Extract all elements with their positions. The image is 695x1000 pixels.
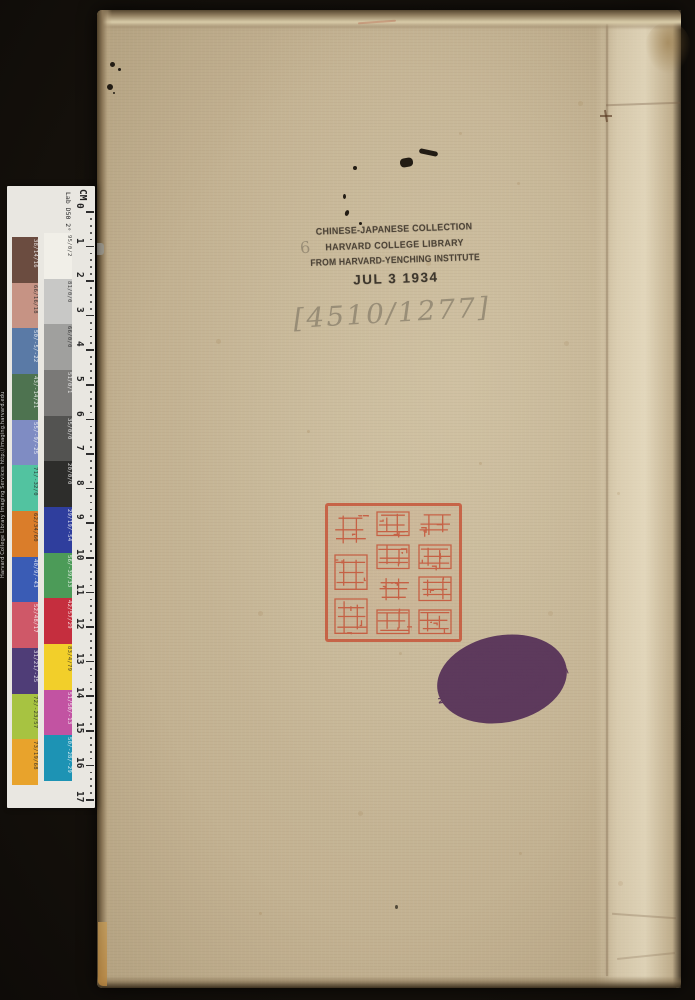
ruler-minor-tick bbox=[90, 460, 92, 462]
ruler-number: 17 bbox=[74, 791, 85, 802]
scan-background: CHINESE-JAPANESE COLLECTION HARVARD COLL… bbox=[0, 0, 695, 1000]
seal-character bbox=[416, 509, 454, 539]
ruler-minor-tick bbox=[90, 716, 92, 718]
seal-character bbox=[416, 542, 454, 572]
cover-texture bbox=[97, 10, 681, 988]
ruler-number: 5 bbox=[74, 376, 85, 382]
lab-header: Lab D50 2° bbox=[64, 192, 72, 231]
ruler-minor-tick bbox=[90, 439, 92, 441]
color-patch: 56/-39/33 bbox=[44, 553, 72, 599]
ruler-number: 4 bbox=[74, 341, 85, 347]
ruler-minor-tick bbox=[90, 322, 92, 324]
ruler-minor-tick bbox=[90, 515, 92, 517]
ruler-tick bbox=[86, 522, 94, 524]
color-patch: 51/0/1 bbox=[44, 370, 72, 416]
ruler-minor-tick bbox=[90, 633, 92, 635]
patch-lab-value: 38/14/16 bbox=[32, 239, 38, 283]
ruler-minor-tick bbox=[90, 495, 92, 497]
ruler-minor-tick bbox=[90, 737, 92, 739]
ruler-minor-tick bbox=[90, 481, 92, 483]
color-patch-column-1: 38/14/1666/16/1850/-5/-2243/-14/2155/-9/… bbox=[12, 237, 38, 785]
ruler-tick bbox=[86, 799, 94, 801]
patch-lab-value: 20/0/0 bbox=[66, 463, 72, 507]
patch-lab-value: 71/-32/0 bbox=[32, 467, 38, 511]
ruler-tick bbox=[86, 246, 94, 248]
ruler-minor-tick bbox=[90, 709, 92, 711]
ruler-minor-tick bbox=[90, 778, 92, 780]
ruler-number: 10 bbox=[74, 549, 85, 560]
patch-lab-value: 40/9/-43 bbox=[32, 559, 38, 603]
ink-spot bbox=[113, 92, 115, 94]
ruler-number: 15 bbox=[74, 722, 85, 733]
patch-lab-value: 66/0/0 bbox=[66, 326, 72, 370]
ruler-minor-tick bbox=[90, 543, 92, 545]
ruler-minor-tick bbox=[90, 605, 92, 607]
ink-spot bbox=[343, 194, 346, 199]
ruler-minor-tick bbox=[90, 398, 92, 400]
color-patch: 95/0/2 bbox=[44, 233, 72, 279]
ruler-minor-tick bbox=[90, 599, 92, 601]
ruler-number: 3 bbox=[74, 307, 85, 313]
ruler-tick bbox=[86, 626, 94, 628]
patch-lab-value: 51/50/-13 bbox=[66, 692, 72, 736]
patch-lab-value: 29/19/-54 bbox=[66, 509, 72, 553]
ruler-minor-tick bbox=[90, 647, 92, 649]
ruler-minor-tick bbox=[90, 273, 92, 275]
color-patch-column-2: 95/0/281/0/066/0/051/0/135/0/020/0/029/1… bbox=[44, 233, 72, 781]
ruler-minor-tick bbox=[90, 412, 92, 414]
color-patch: 20/0/0 bbox=[44, 461, 72, 507]
ruler-minor-tick bbox=[90, 751, 92, 753]
ruler-tick bbox=[86, 280, 94, 282]
patch-lab-value: 66/16/18 bbox=[32, 285, 38, 329]
ruler-minor-tick bbox=[90, 426, 92, 428]
seal-character bbox=[374, 509, 412, 539]
color-patch: 71/-32/0 bbox=[12, 465, 38, 511]
color-patch: 72/-23/57 bbox=[12, 694, 38, 740]
ink-spot bbox=[118, 68, 121, 71]
patch-lab-value: 51/0/1 bbox=[66, 372, 72, 416]
ruler-minor-tick bbox=[90, 225, 92, 227]
color-patch: 55/-9/-25 bbox=[12, 420, 38, 466]
ruler-minor-tick bbox=[90, 336, 92, 338]
ink-spot bbox=[353, 166, 357, 170]
ruler-minor-tick bbox=[90, 253, 92, 255]
patch-lab-value: 50/-5/-22 bbox=[32, 330, 38, 374]
ruler-minor-tick bbox=[90, 391, 92, 393]
ruler-tick bbox=[86, 730, 94, 732]
seal-character bbox=[374, 542, 412, 572]
ink-spot bbox=[395, 905, 398, 909]
color-patch: 51/50/-13 bbox=[44, 690, 72, 736]
library-stamp-line3: FROM HARVARD-YENCHING INSTITUTE bbox=[305, 252, 485, 269]
ruler-number: 6 bbox=[74, 411, 85, 417]
ruler-minor-tick bbox=[90, 536, 92, 538]
ruler-number: 8 bbox=[74, 480, 85, 486]
seal-character bbox=[332, 509, 370, 549]
ruler-minor-tick bbox=[90, 218, 92, 220]
color-patch: 66/0/0 bbox=[44, 324, 72, 370]
ruler-minor-tick bbox=[90, 640, 92, 642]
ruler-minor-tick bbox=[90, 585, 92, 587]
ink-spot bbox=[107, 84, 113, 90]
ruler-number: 1 bbox=[74, 238, 85, 244]
patch-lab-value: 43/-14/21 bbox=[32, 376, 38, 420]
ruler-tick bbox=[86, 349, 94, 351]
page-edges bbox=[98, 922, 107, 986]
ruler-tick bbox=[86, 695, 94, 697]
red-collection-seal bbox=[325, 503, 462, 642]
ruler-minor-tick bbox=[90, 758, 92, 760]
ruler-number: 0 bbox=[74, 203, 85, 209]
ruler: 01234567891011121314151617 bbox=[73, 186, 95, 808]
ruler-minor-tick bbox=[90, 308, 92, 310]
ruler-minor-tick bbox=[90, 675, 92, 677]
ruler-minor-tick bbox=[90, 363, 92, 365]
ruler-minor-tick bbox=[90, 578, 92, 580]
ruler-minor-tick bbox=[90, 259, 92, 261]
pencil-call-number: [4510/1277] bbox=[292, 292, 491, 335]
patch-lab-value: 55/-9/-25 bbox=[32, 422, 38, 466]
pencil-digit: 6 bbox=[299, 238, 311, 258]
ruler-minor-tick bbox=[90, 529, 92, 531]
seal-character bbox=[416, 574, 454, 604]
ruler-minor-tick bbox=[90, 509, 92, 511]
ruler-minor-tick bbox=[90, 370, 92, 372]
ruler-minor-tick bbox=[90, 266, 92, 268]
ruler-number: 13 bbox=[74, 653, 85, 664]
library-stamp-line2: HARVARD COLLEGE LIBRARY bbox=[302, 237, 488, 254]
ruler-tick bbox=[86, 488, 94, 490]
color-patch: 50/-5/-22 bbox=[12, 328, 38, 374]
ruler-minor-tick bbox=[90, 785, 92, 787]
ruler-minor-tick bbox=[90, 668, 92, 670]
ruler-minor-tick bbox=[90, 239, 92, 241]
ruler-minor-tick bbox=[90, 474, 92, 476]
ruler-minor-tick bbox=[90, 294, 92, 296]
ruler-minor-tick bbox=[90, 329, 92, 331]
ruler-minor-tick bbox=[90, 723, 92, 725]
patch-lab-value: 83/4/79 bbox=[66, 646, 72, 690]
seal-character bbox=[374, 607, 412, 637]
ruler-minor-tick bbox=[90, 744, 92, 746]
color-patch: 83/4/79 bbox=[44, 644, 72, 690]
seal-character bbox=[332, 596, 370, 636]
color-patch: 52/48/17 bbox=[12, 602, 38, 648]
patch-lab-value: 81/0/0 bbox=[66, 281, 72, 325]
ruler-number: 12 bbox=[74, 618, 85, 629]
color-patch: 42/57/29 bbox=[44, 598, 72, 644]
library-stamp-line1: CHINESE-JAPANESE COLLECTION bbox=[301, 221, 487, 238]
ink-spot bbox=[110, 62, 115, 67]
patch-lab-value: 35/0/0 bbox=[66, 418, 72, 462]
color-patch: 62/34/60 bbox=[12, 511, 38, 557]
ruler-tick bbox=[86, 765, 94, 767]
ruler-minor-tick bbox=[90, 688, 92, 690]
patch-lab-value: 50/-28/-29 bbox=[66, 737, 72, 781]
ruler-minor-tick bbox=[90, 356, 92, 358]
color-patch: 35/0/0 bbox=[44, 416, 72, 462]
ruler-minor-tick bbox=[90, 612, 92, 614]
ruler-minor-tick bbox=[90, 564, 92, 566]
ruler-minor-tick bbox=[90, 232, 92, 234]
patch-lab-value: 62/34/60 bbox=[32, 513, 38, 557]
ruler-tick bbox=[86, 592, 94, 594]
color-patch: 31/21/-25 bbox=[12, 648, 38, 694]
ruler-number: 9 bbox=[74, 514, 85, 520]
ruler-minor-tick bbox=[90, 432, 92, 434]
ruler-minor-tick bbox=[90, 287, 92, 289]
patch-lab-value: 73/19/68 bbox=[32, 741, 38, 785]
patch-lab-value: 56/-39/33 bbox=[66, 555, 72, 599]
ruler-number: 7 bbox=[74, 445, 85, 451]
color-patch: 66/16/18 bbox=[12, 283, 38, 329]
patch-lab-value: 72/-23/57 bbox=[32, 696, 38, 740]
ruler-minor-tick bbox=[90, 792, 92, 794]
ink-smudge bbox=[399, 157, 413, 168]
ruler-minor-tick bbox=[90, 342, 92, 344]
book-edge-left bbox=[97, 10, 112, 988]
ruler-minor-tick bbox=[90, 772, 92, 774]
color-patch: 50/-28/-29 bbox=[44, 735, 72, 781]
stitch-knot bbox=[600, 110, 612, 122]
ink-smudge bbox=[419, 148, 439, 157]
patch-lab-value: 52/48/17 bbox=[32, 604, 38, 648]
ink-spot bbox=[344, 209, 350, 216]
seal-character bbox=[332, 552, 370, 592]
ruler-minor-tick bbox=[90, 467, 92, 469]
patch-lab-value: 42/57/29 bbox=[66, 600, 72, 644]
ruler-minor-tick bbox=[90, 550, 92, 552]
ruler-minor-tick bbox=[90, 301, 92, 303]
book-edge-bottom bbox=[97, 976, 681, 988]
ruler-tick bbox=[86, 557, 94, 559]
library-stamp: CHINESE-JAPANESE COLLECTION HARVARD COLL… bbox=[294, 221, 496, 290]
ruler-minor-tick bbox=[90, 654, 92, 656]
ruler-minor-tick bbox=[90, 405, 92, 407]
ruler-tick bbox=[86, 453, 94, 455]
ruler-tick bbox=[86, 315, 94, 317]
book-cover: CHINESE-JAPANESE COLLECTION HARVARD COLL… bbox=[97, 10, 681, 988]
patch-lab-value: 31/21/-25 bbox=[32, 650, 38, 694]
color-patch: 81/0/0 bbox=[44, 279, 72, 325]
patch-lab-value: 95/0/2 bbox=[66, 235, 72, 279]
ruler-tick bbox=[86, 661, 94, 663]
color-patch: 43/-14/21 bbox=[12, 374, 38, 420]
ruler-number: 11 bbox=[74, 584, 85, 595]
ruler-minor-tick bbox=[90, 682, 92, 684]
ruler-number: 16 bbox=[74, 757, 85, 768]
library-stamp-date: JUL 3 1934 bbox=[296, 268, 496, 290]
ruler-minor-tick bbox=[90, 702, 92, 704]
ruler-minor-tick bbox=[90, 502, 92, 504]
ruler-number: 14 bbox=[74, 687, 85, 698]
ruler-tick bbox=[86, 384, 94, 386]
ruler-tick bbox=[86, 419, 94, 421]
color-patch: 38/14/16 bbox=[12, 237, 38, 283]
ruler-minor-tick bbox=[90, 446, 92, 448]
edge-chip bbox=[97, 243, 104, 255]
color-patch: 29/19/-54 bbox=[44, 507, 72, 553]
ruler-tick bbox=[86, 211, 94, 213]
color-patch: 40/9/-43 bbox=[12, 557, 38, 603]
ruler-number: 2 bbox=[74, 272, 85, 278]
color-calibration-bar: Lab D50 2° CM 38/14/1666/16/1850/-5/-224… bbox=[7, 186, 95, 808]
ruler-minor-tick bbox=[90, 619, 92, 621]
seal-character bbox=[374, 574, 412, 604]
color-patch: 73/19/68 bbox=[12, 739, 38, 785]
spine-fold-line bbox=[606, 24, 608, 976]
ruler-minor-tick bbox=[90, 377, 92, 379]
foxing-speckles bbox=[97, 10, 100, 13]
ruler-minor-tick bbox=[90, 571, 92, 573]
